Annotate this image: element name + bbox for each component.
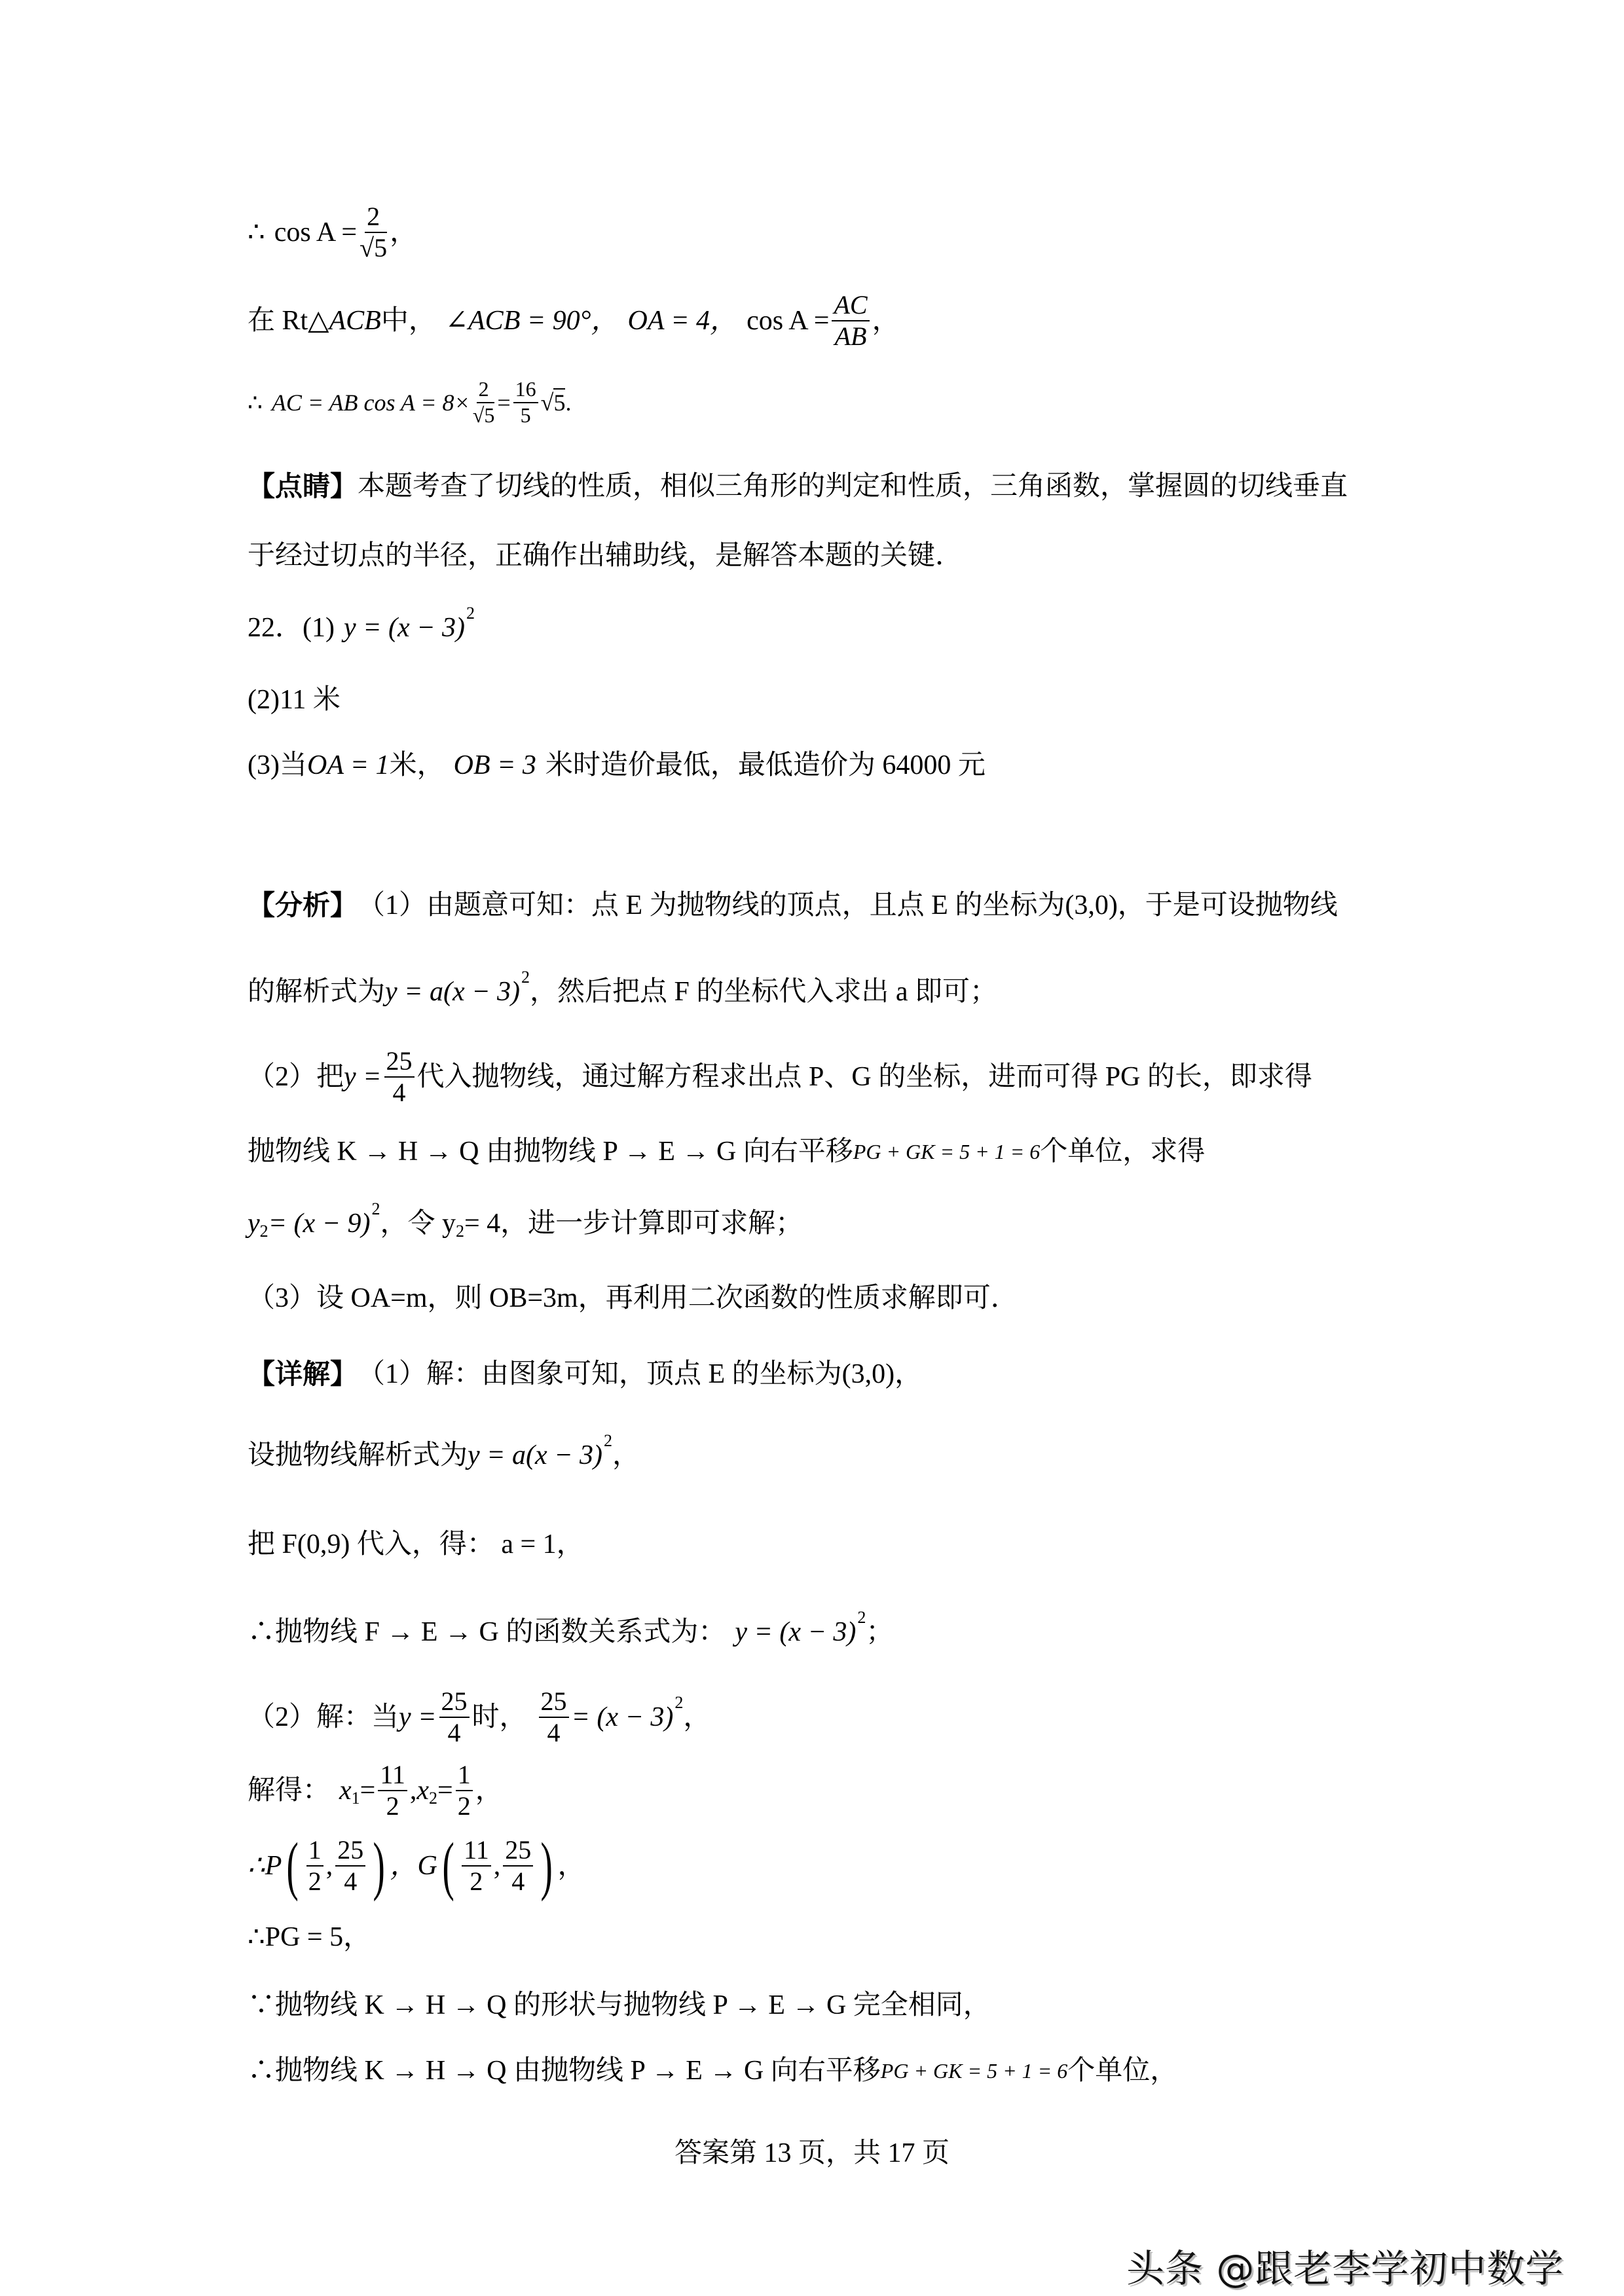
- detail-label: 【详解】: [248, 1360, 358, 1388]
- y-var: y =: [344, 1063, 381, 1091]
- fraction-2-over-root5: 2 √5: [360, 203, 387, 262]
- denominator: 5: [521, 403, 531, 427]
- detail-line-5: （2）解：当 y = 25 4 时， 25 4 = (x − 3) 2 ，: [248, 1688, 710, 1747]
- analysis-line-2: 的解析式为 y = a(x − 3) 2 ，然后把点 F 的坐标代入求出 a 即…: [248, 978, 997, 1006]
- detail-line-10: ∴抛物线 K → H → Q 由抛物线 P → E → G 向右平移 PG + …: [248, 2057, 1177, 2085]
- text: 的解析式为: [248, 978, 385, 1006]
- cos-a-result-line: ∴ cos A = 2 √5 ，: [248, 203, 417, 262]
- subscript: 2: [260, 1223, 268, 1240]
- expression: = (x − 9): [268, 1210, 371, 1237]
- cos-a-def: cos A =: [747, 307, 829, 335]
- fraction-ac-over-ab: AC AB: [832, 291, 869, 350]
- exponent: 2: [604, 1432, 612, 1449]
- numerator: 11: [378, 1761, 407, 1791]
- parabola-equation: y = (x − 3): [344, 614, 465, 642]
- page-footer: 答案第 13 页，共 17 页: [0, 2131, 1624, 2170]
- detail-text: ∴PG = 5，: [248, 1923, 371, 1951]
- q22-answer-2: (2)11 米: [248, 686, 341, 714]
- equals: =: [497, 391, 510, 414]
- text: 代入抛物线，通过解方程求出点 P、G 的坐标，进而可得 PG 的长，即求得: [417, 1063, 1312, 1091]
- numerator: 2: [365, 203, 382, 233]
- parabola-form: y = a(x − 3): [468, 1442, 602, 1469]
- q22-answer-1: 22．(1) y = (x − 3) 2: [248, 614, 475, 642]
- denominator: √5: [473, 403, 495, 427]
- shift-distance: PG + GK = 5 + 1 = 6: [881, 2060, 1067, 2081]
- text: ∴抛物线 K → H → Q 由抛物线 P → E → G 向右平移: [248, 2057, 881, 2085]
- analysis-line-1: 【分析】 （1）由题意可知：点 E 为抛物线的顶点，且点 E 的坐标为(3,0)…: [248, 892, 1338, 919]
- numerator: 16: [513, 378, 538, 403]
- punct: ，: [390, 219, 417, 246]
- detail-text: 把 F(0,9) 代入，得： a = 1，: [248, 1531, 584, 1558]
- detail-line-7: ∴P ( 12, 254 ) ，G ( 112, 254 ) ，: [248, 1833, 585, 1899]
- text: = 4，进一步计算即可求解；: [464, 1210, 803, 1237]
- numerator: 25: [335, 1836, 365, 1867]
- analysis-line-6: （3）设 OA=m，则 OB=3m，再利用二次函数的性质求解即可．: [248, 1285, 1018, 1312]
- fraction-2-over-root5: 2 √5: [473, 378, 495, 426]
- right-triangle-line: 在 Rt△ ACB 中， ∠ACB = 90°， OA = 4， cos A =…: [248, 291, 900, 350]
- fraction-25-over-4: 25 4: [384, 1048, 415, 1106]
- detail-line-4: ∴抛物线 F → E → G 的函数关系式为： y = (x − 3) 2 ；: [248, 1618, 893, 1646]
- exponent: 2: [674, 1694, 683, 1711]
- sqrt-5: √5: [541, 391, 566, 414]
- denominator: 2: [308, 1867, 322, 1895]
- analysis-line-3: （2）把 y = 25 4 代入抛物线，通过解方程求出点 P、G 的坐标，进而可…: [248, 1048, 1312, 1106]
- denominator: 4: [511, 1867, 525, 1895]
- paren: ): [373, 1833, 385, 1899]
- subscript: 2: [456, 1223, 464, 1240]
- fraction: 12: [306, 1836, 323, 1895]
- angle-acb: ∠ACB = 90°，: [445, 307, 619, 335]
- denominator: 4: [547, 1718, 561, 1747]
- analysis-text: （1）由题意可知：点 E 为抛物线的顶点，且点 E 的坐标为(3,0)，于是可设…: [358, 892, 1338, 919]
- numerator: 2: [477, 378, 491, 403]
- exponent: 2: [521, 969, 530, 986]
- comment-line-2: 于经过切点的半径，正确作出辅助线，是解答本题的关键．: [248, 542, 963, 570]
- numerator: 1: [306, 1836, 323, 1867]
- text: 抛物线 K → H → Q 由抛物线 P → E → G 向右平移: [248, 1138, 853, 1165]
- comment-text: 本题考查了切线的性质，相似三角形的判定和性质，三角函数，掌握圆的切线垂直: [358, 473, 1348, 500]
- detail-line-9: ∵抛物线 K → H → Q 的形状与抛物线 P → E → G 完全相同，: [248, 1992, 991, 2019]
- exponent: 2: [466, 605, 475, 622]
- ob-value: OB = 3: [454, 752, 536, 779]
- comment-text: 于经过切点的半径，正确作出辅助线，是解答本题的关键．: [248, 542, 963, 570]
- therefore-symbol: ∴: [248, 391, 263, 414]
- denominator: 4: [448, 1718, 461, 1747]
- numerator: 25: [539, 1688, 569, 1718]
- fraction-11-over-2: 11 2: [378, 1761, 407, 1820]
- detail-line-1: 【详解】 （1）解：由图象可知，顶点 E 的坐标为(3,0)，: [248, 1360, 922, 1388]
- exponent: 2: [371, 1201, 380, 1218]
- fraction-25-over-4: 25 4: [439, 1688, 470, 1747]
- ac-calculation-line: ∴ AC = AB cos A = 8× 2 √5 = 16 5 √5 .: [248, 378, 571, 426]
- punct: ，: [872, 307, 900, 335]
- denominator: 4: [344, 1867, 357, 1895]
- radicand: 5: [553, 388, 565, 416]
- denominator: 2: [470, 1867, 483, 1895]
- fraction: 112: [462, 1836, 491, 1895]
- denominator: 2: [458, 1791, 471, 1820]
- paren: (: [442, 1833, 454, 1899]
- expression: = (x − 3): [572, 1704, 674, 1731]
- denominator: 2: [386, 1791, 399, 1820]
- denominator: AB: [835, 321, 867, 350]
- comment-line-1: 【点睛】 本题考查了切线的性质，相似三角形的判定和性质，三角函数，掌握圆的切线垂…: [248, 473, 1348, 500]
- subscript: 1: [352, 1790, 360, 1807]
- text: 个单位，求得: [1040, 1138, 1205, 1165]
- analysis-line-5: y 2 = (x − 9) 2 ，令 y 2 = 4，进一步计算即可求解；: [248, 1210, 803, 1237]
- numerator: 25: [503, 1836, 533, 1867]
- numerator: 11: [462, 1836, 491, 1867]
- text: ；: [866, 1618, 893, 1646]
- analysis-label: 【分析】: [248, 892, 358, 919]
- detail-text: （1）解：由图象可知，顶点 E 的坐标为(3,0)，: [358, 1360, 922, 1388]
- paren: ): [541, 1833, 553, 1899]
- x-var: x: [339, 1777, 352, 1804]
- analysis-line-4: 抛物线 K → H → Q 由抛物线 P → E → G 向右平移 PG + G…: [248, 1138, 1205, 1165]
- detail-text: ∵抛物线 K → H → Q 的形状与抛物线 P → E → G 完全相同，: [248, 1992, 991, 2019]
- numerator: AC: [832, 291, 869, 321]
- watermark: 头条 @跟老李学初中数学: [1126, 2238, 1564, 2293]
- oa-value: OA = 1: [307, 752, 390, 779]
- radicand: 5: [484, 402, 494, 427]
- text: 米，: [390, 752, 445, 779]
- cos-a-lhs: cos A =: [274, 219, 357, 246]
- text: ，: [612, 1442, 640, 1469]
- analysis-text: （3）设 OA=m，则 OB=3m，再利用二次函数的性质求解即可．: [248, 1285, 1018, 1312]
- fraction-16-over-5: 16 5: [513, 378, 538, 426]
- oa-value: OA = 4，: [627, 307, 737, 335]
- text: （2）解：当: [248, 1704, 399, 1731]
- numerator: 1: [456, 1761, 473, 1791]
- detail-line-2: 设抛物线解析式为 y = a(x − 3) 2 ，: [248, 1442, 640, 1469]
- question-number: 22．(1): [248, 614, 335, 642]
- punct: .: [565, 391, 571, 414]
- radicand: 5: [374, 232, 387, 263]
- numerator: 25: [439, 1688, 470, 1718]
- triangle-name: ACB: [329, 307, 380, 335]
- text: ，: [683, 1704, 710, 1731]
- parabola-equation: y = (x − 3): [735, 1618, 856, 1646]
- q22-answer-3: (3)当 OA = 1 米， OB = 3 米时造价最低，最低造价为 64000…: [248, 752, 986, 779]
- text: （2）把: [248, 1063, 344, 1091]
- ac-expression: AC = AB cos A = 8×: [272, 391, 470, 414]
- comment-label: 【点睛】: [248, 473, 358, 500]
- therefore-symbol: ∴: [248, 219, 265, 246]
- text: 解得：: [248, 1777, 330, 1804]
- text: 个单位，: [1067, 2057, 1177, 2085]
- point-g: ，G: [390, 1852, 437, 1880]
- y-var: y: [248, 1210, 260, 1237]
- x-var: x: [416, 1777, 429, 1804]
- paren: (: [287, 1833, 299, 1899]
- point-p: ∴P: [248, 1852, 282, 1880]
- text: 时，: [472, 1704, 527, 1731]
- y-var: y =: [399, 1704, 436, 1731]
- fraction: 254: [335, 1836, 365, 1895]
- text: ，令 y: [380, 1210, 456, 1237]
- answer-text: (2)11 米: [248, 686, 341, 714]
- denominator: √5: [360, 233, 387, 262]
- detail-line-3: 把 F(0,9) 代入，得： a = 1，: [248, 1531, 584, 1558]
- fraction: 254: [503, 1836, 533, 1895]
- text: 在 Rt△: [248, 307, 329, 335]
- text: ，然后把点 F 的坐标代入求出 a 即可；: [530, 978, 997, 1006]
- text: 中，: [381, 307, 436, 335]
- fraction-25-over-4: 25 4: [539, 1688, 569, 1747]
- text: ∴抛物线 F → E → G 的函数关系式为：: [248, 1618, 726, 1646]
- text: (3)当: [248, 752, 307, 779]
- fraction-1-over-2: 1 2: [456, 1761, 473, 1820]
- shift-distance: PG + GK = 5 + 1 = 6: [853, 1141, 1040, 1162]
- denominator: 4: [393, 1078, 406, 1106]
- subscript: 2: [429, 1790, 437, 1807]
- text: 设抛物线解析式为: [248, 1442, 468, 1469]
- exponent: 2: [857, 1609, 866, 1626]
- numerator: 25: [384, 1048, 415, 1078]
- detail-line-8: ∴PG = 5，: [248, 1923, 371, 1951]
- detail-line-6: 解得： x 1 = 11 2 , x 2 = 1 2 ，: [248, 1761, 503, 1820]
- parabola-form: y = a(x − 3): [385, 978, 520, 1006]
- text: 米时造价最低，最低造价为 64000 元: [545, 752, 986, 779]
